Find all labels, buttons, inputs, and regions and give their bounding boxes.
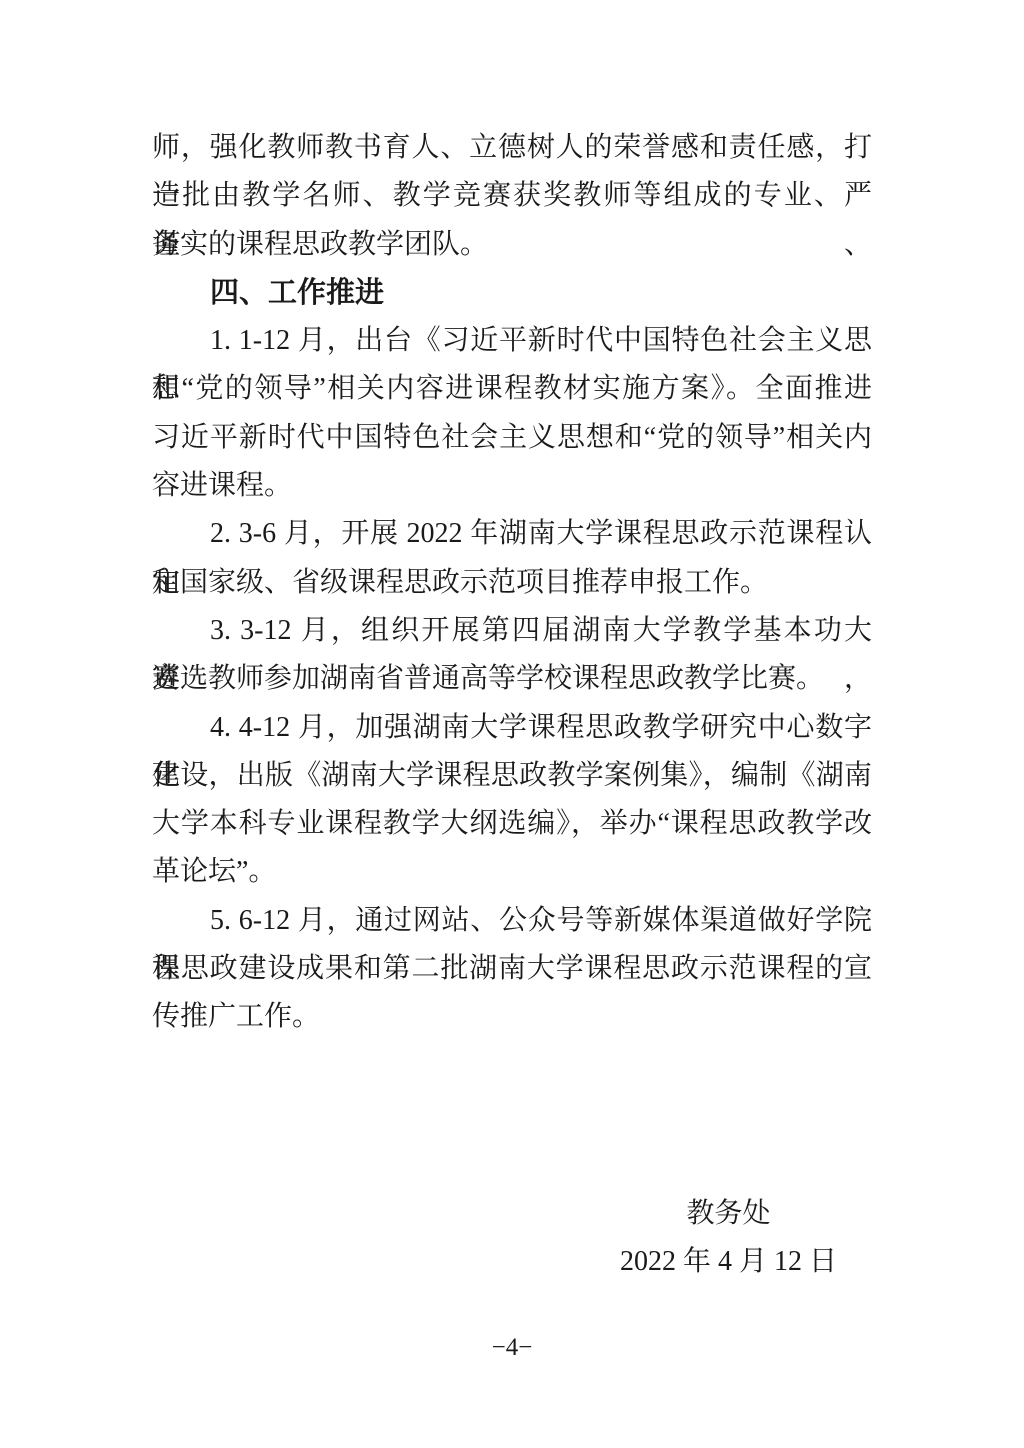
text-line: 4. 4-12 月，加强湖南大学课程思政教学研究中心数字化 <box>152 704 872 752</box>
text-line: 2. 3-6 月，开展 2022 年湖南大学课程思政示范课程认定 <box>152 510 872 558</box>
text-line: 习近平新时代中国特色社会主义思想和“党的领导”相关内 <box>152 414 872 462</box>
text-line: 3. 3-12 月，组织开展第四届湖南大学教学基本功大赛， <box>152 607 872 655</box>
signature-block: 教务处 2022 年 4 月 12 日 <box>620 1190 837 1287</box>
document-page: 师，强化教师教书育人、立德树人的荣誉感和责任感，打造一批由教学名师、教学竞赛获奖… <box>0 0 1024 1448</box>
text-line: 师，强化教师教书育人、立德树人的荣誉感和责任感，打造 <box>152 124 872 172</box>
text-line: 建设，出版《湖南大学课程思政教学案例集》，编制《湖南 <box>152 752 872 800</box>
text-line: 容进课程。 <box>152 462 872 510</box>
document-body: 师，强化教师教书育人、立德树人的荣誉感和责任感，打造一批由教学名师、教学竞赛获奖… <box>152 124 872 1042</box>
text-line: 5. 6-12 月，通过网站、公众号等新媒体渠道做好学院课 <box>152 897 872 945</box>
text-line: 和国家级、省级课程思政示范项目推荐申报工作。 <box>152 559 872 607</box>
text-line: 遴选教师参加湖南省普通高等学校课程思政教学比赛。 <box>152 655 872 703</box>
signature-date: 2022 年 4 月 12 日 <box>620 1238 837 1286</box>
text-line: 程思政建设成果和第二批湖南大学课程思政示范课程的宣 <box>152 945 872 993</box>
signature-author: 教务处 <box>620 1190 837 1238</box>
text-line: 革论坛”。 <box>152 848 872 896</box>
text-line: 大学本科专业课程教学大纲选编》，举办“课程思政教学改 <box>152 800 872 848</box>
text-line: 1. 1-12 月，出台《习近平新时代中国特色社会主义思想 <box>152 317 872 365</box>
section-heading: 四、工作推进 <box>152 269 872 317</box>
page-number: −4− <box>0 1328 1024 1368</box>
text-line: 一批由教学名师、教学竞赛获奖教师等组成的专业、严谨、 <box>152 172 872 220</box>
text-line: 和“党的领导”相关内容进课程教材实施方案》。全面推进 <box>152 365 872 413</box>
text-line: 传推广工作。 <box>152 993 872 1041</box>
